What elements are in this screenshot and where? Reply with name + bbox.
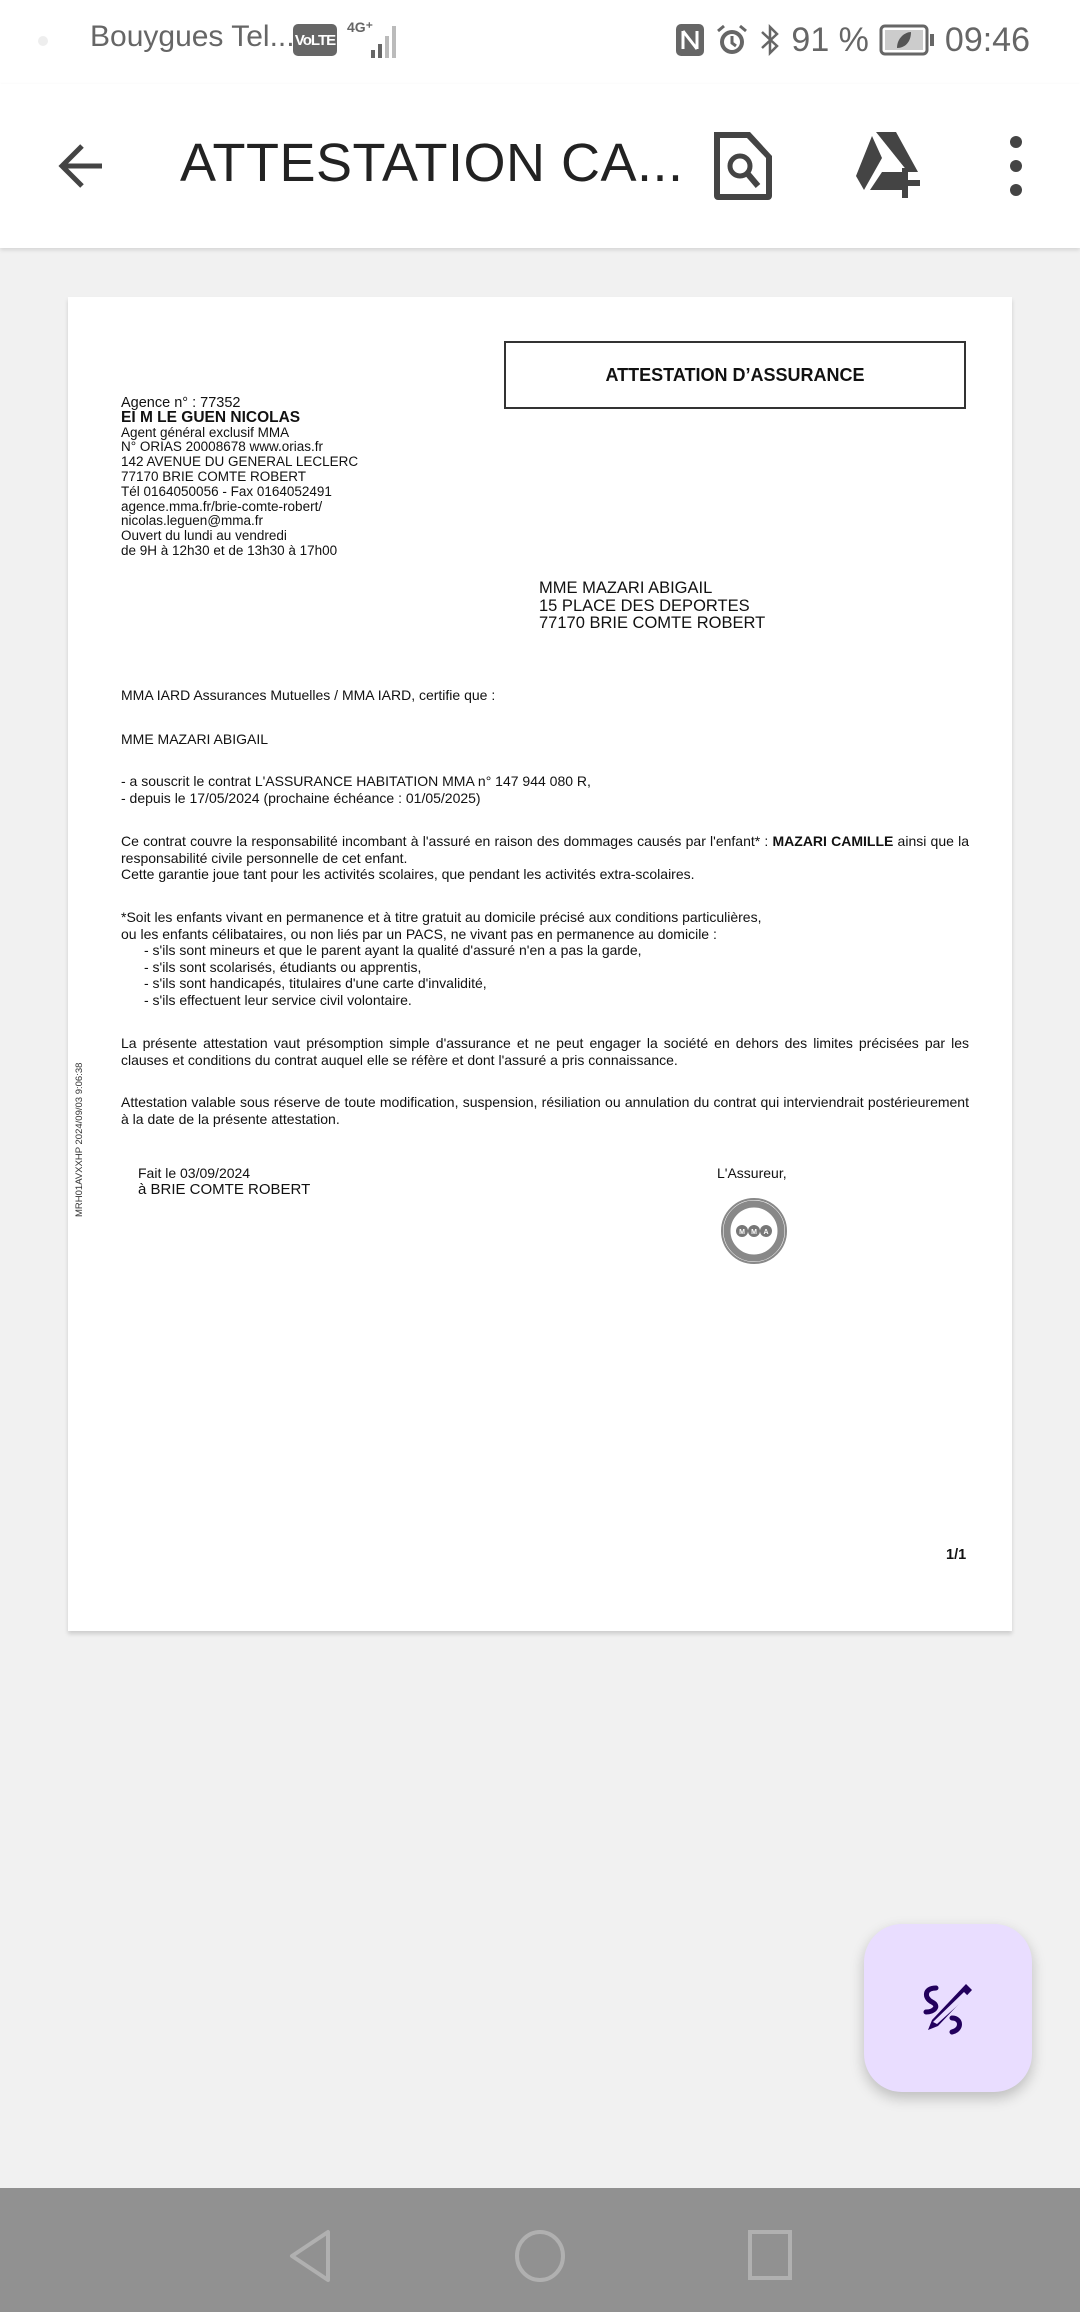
footnote-item: - s'ils sont mineurs et que le parent ay… <box>121 942 969 959</box>
done-place: à BRIE COMTE ROBERT <box>138 1182 310 1197</box>
bluetooth-icon <box>759 22 781 58</box>
agency-line: Tél 0164050056 - Fax 0164052491 <box>121 485 358 500</box>
nav-back-icon[interactable] <box>280 2228 340 2284</box>
document-title: ATTESTATION CA... <box>180 132 684 194</box>
agency-line: agence.mma.fr/brie-comte-robert/ <box>121 500 358 515</box>
back-arrow-icon[interactable] <box>52 136 112 196</box>
volte-badge: VoLTE <box>293 24 337 56</box>
more-vertical-icon[interactable] <box>996 128 1036 204</box>
contract-line: - a souscrit le contrat L'ASSURANCE HABI… <box>121 773 969 790</box>
sign-document-button[interactable] <box>864 1924 1032 2092</box>
agency-line: 142 AVENUE DU GENERAL LECLERC <box>121 455 358 470</box>
status-bar: Bouygues Tel... VoLTE 4G⁺ 91 % 09:46 <box>0 0 1080 84</box>
validity-paragraph: Attestation valable sous réserve de tout… <box>121 1094 969 1127</box>
coverage-text: Ce contrat couvre la responsabilité inco… <box>121 833 773 849</box>
notification-dot-icon <box>38 36 48 46</box>
coverage-line2: Cette garantie joue tant pour les activi… <box>121 866 969 883</box>
system-navigation-bar <box>0 2188 1080 2312</box>
contract-details: - a souscrit le contrat L'ASSURANCE HABI… <box>121 773 969 806</box>
app-toolbar: ATTESTATION CA... <box>0 84 1080 248</box>
footnote-line: *Soit les enfants vivant en permanence e… <box>121 909 969 926</box>
agency-line: 77170 BRIE COMTE ROBERT <box>121 470 358 485</box>
signal-strength-icon: 4G⁺ <box>345 18 405 60</box>
agency-line: nicolas.leguen@mma.fr <box>121 514 358 529</box>
nav-home-icon[interactable] <box>510 2228 570 2284</box>
clock: 09:46 <box>945 21 1030 60</box>
svg-text:4G⁺: 4G⁺ <box>347 19 373 35</box>
mma-certified-seal-icon: M M A <box>720 1197 788 1265</box>
agency-block: Agence n° : 77352 EI M LE GUEN NICOLAS A… <box>121 396 358 559</box>
recipient-address: MME MAZARI ABIGAIL 15 PLACE DES DEPORTES… <box>539 580 765 633</box>
document-heading: ATTESTATION D’ASSURANCE <box>504 341 966 409</box>
svg-text:M: M <box>751 1229 757 1236</box>
page-indicator: 1/1 <box>946 1547 966 1563</box>
find-in-page-icon[interactable] <box>708 128 778 204</box>
recipient-line: 15 PLACE DES DEPORTES <box>539 598 765 616</box>
covered-child-name: MAZARI CAMILLE <box>773 833 894 849</box>
insured-name: MME MAZARI ABIGAIL <box>121 731 969 748</box>
coverage-paragraph: Ce contrat couvre la responsabilité inco… <box>121 833 969 883</box>
insurer-label: L'Assureur, <box>717 1166 787 1181</box>
recipient-line: 77170 BRIE COMTE ROBERT <box>539 615 765 633</box>
pdf-page: ATTESTATION D’ASSURANCE Agence n° : 7735… <box>68 297 1012 1631</box>
svg-text:M: M <box>739 1229 745 1236</box>
carrier-name: Bouygues Tel... <box>90 20 295 54</box>
agency-line: N° ORIAS 20008678 www.orias.fr <box>121 440 358 455</box>
certifies-text: MMA IARD Assurances Mutuelles / MMA IARD… <box>121 687 969 704</box>
agency-line: Agent général exclusif MMA <box>121 426 358 441</box>
alarm-icon <box>715 23 749 57</box>
draw-signature-icon <box>918 1978 978 2038</box>
footnote: *Soit les enfants vivant en permanence e… <box>121 909 969 1008</box>
footnote-line: ou les enfants célibataires, ou non liés… <box>121 926 969 943</box>
agency-line: Ouvert du lundi au vendredi <box>121 529 358 544</box>
add-to-drive-icon[interactable] <box>852 128 926 204</box>
nfc-icon <box>675 23 705 57</box>
battery-saver-icon <box>879 24 935 56</box>
agency-line: de 9H à 12h30 et de 13h30 à 17h00 <box>121 544 358 559</box>
nav-recents-icon[interactable] <box>740 2228 800 2284</box>
footnote-item: - s'ils effectuent leur service civil vo… <box>121 992 969 1009</box>
recipient-line: MME MAZARI ABIGAIL <box>539 580 765 598</box>
svg-text:A: A <box>763 1229 768 1236</box>
footnote-item: - s'ils sont scolarisés, étudiants ou ap… <box>121 959 969 976</box>
presumption-paragraph: La présente attestation vaut présomption… <box>121 1035 969 1068</box>
footnote-item: - s'ils sont handicapés, titulaires d'un… <box>121 975 969 992</box>
battery-percent: 91 % <box>791 21 869 60</box>
contract-line: - depuis le 17/05/2024 (prochaine échéan… <box>121 790 969 807</box>
agency-name: EI M LE GUEN NICOLAS <box>121 411 358 426</box>
done-date: Fait le 03/09/2024 <box>138 1166 250 1181</box>
side-reference: MRH01AVXXHP 2024/09/03 9:06:38 <box>74 1063 85 1217</box>
